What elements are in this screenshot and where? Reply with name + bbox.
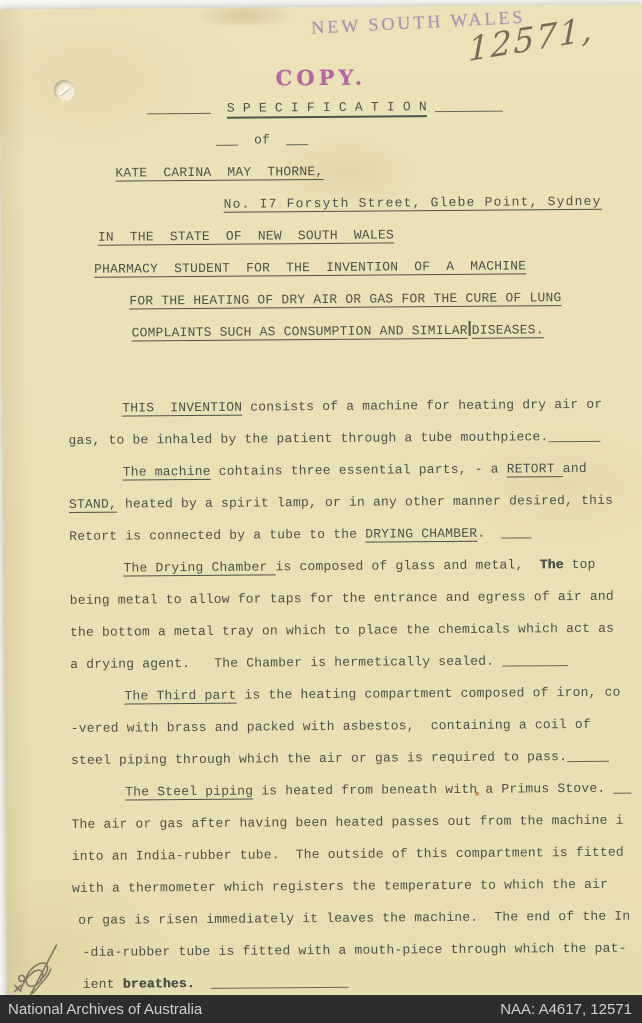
doc-text-segment: DRYING CHAMBER	[365, 526, 477, 542]
doc-line: STAND, heated by a spirit lamp, or in an…	[69, 485, 625, 521]
doc-line: COMPLAINTS SUCH AS CONSUMPTION AND SIMIL…	[132, 314, 624, 350]
doc-line: into an India-rubber tube. The outside o…	[72, 837, 628, 873]
doc-line: a drying agent. The Chamber is hermetica…	[70, 645, 626, 681]
doc-text-segment: The air or gas after having been heated …	[71, 813, 623, 832]
doc-line: The Steel piping is heated from beneath …	[125, 773, 627, 809]
ink-stain-dot	[475, 792, 479, 796]
doc-text-segment: and	[563, 461, 587, 476]
doc-line: gas, to be inhaled by the patient throug…	[68, 421, 624, 457]
doc-text-segment: top	[563, 557, 595, 572]
correction-mark	[469, 321, 471, 336]
doc-text-segment: Retort is connected by a tube to the	[69, 527, 365, 544]
doc-text-segment: KATE CARINA MAY THORNE,	[115, 164, 323, 181]
doc-text-segment: or gas is risen immediately it leaves th…	[78, 909, 630, 928]
scanned-document-view: NEW SOUTH WALES 12571, COPY. S P E C I F…	[0, 0, 642, 1023]
doc-text-segment: The Drying Chamber	[123, 559, 275, 575]
doc-line: being metal to allow for taps for the en…	[70, 581, 626, 617]
doc-line: The Drying Chamber is composed of glass …	[123, 549, 625, 585]
doc-text-segment: -vered with brass and packed with asbest…	[71, 717, 591, 736]
typed-rule-line	[147, 113, 211, 115]
archive-footer-bar: National Archives of Australia NAA: A461…	[0, 995, 642, 1023]
doc-text-segment: FOR THE HEATING OF DRY AIR OR GAS FOR TH…	[129, 290, 561, 308]
doc-text-segment: The Steel piping	[125, 784, 253, 800]
doc-text-segment: steel piping through which the air or ga…	[71, 749, 567, 768]
doc-text-segment: breathes.	[123, 976, 195, 992]
doc-text-segment: .	[477, 526, 501, 541]
doc-line: IN THE STATE OF NEW SOUTH WALES	[98, 218, 623, 254]
doc-line: PHARMACY STUDENT FOR THE INVENTION OF A …	[94, 250, 623, 286]
typed-rule-line	[502, 665, 568, 667]
doc-text-segment: ient	[83, 977, 123, 992]
doc-text-segment: is heated from beneath with a Primus Sto…	[253, 781, 613, 799]
doc-text-segment: with a thermometer which registers the t…	[72, 877, 608, 896]
typed-rule-line	[613, 793, 631, 794]
doc-line: -dia-rubber tube is fitted with a mouth-…	[82, 933, 628, 969]
doc-line: The machine cohtains three essential par…	[123, 453, 625, 489]
doc-text-segment: RETORT	[507, 461, 563, 476]
doc-text-segment: The	[539, 557, 563, 572]
doc-line: the bottom a metal tray on which to plac…	[70, 613, 626, 649]
doc-line: or gas is risen immediately it leaves th…	[78, 901, 628, 937]
copy-stamp: COPY.	[276, 65, 367, 91]
doc-line: steel piping through which the air or ga…	[71, 741, 627, 777]
doc-text-segment: is composed of glass and metal,	[275, 557, 539, 574]
doc-text-segment: STAND,	[69, 497, 117, 512]
doc-text-segment: The machine	[123, 464, 211, 480]
doc-text-segment: heated by a spirit lamp, or in any other…	[117, 493, 613, 512]
doc-text-segment: The Third part	[124, 688, 236, 704]
typed-specification-text: S P E C I F I C A T I O N of KATE CARINA…	[66, 90, 629, 1001]
doc-text-segment: PHARMACY STUDENT FOR THE INVENTION OF A …	[94, 258, 526, 276]
doc-text-segment	[427, 99, 435, 114]
doc-line: with a thermometer which registers the t…	[72, 869, 628, 905]
doc-text-segment: being metal to allow for taps for the en…	[70, 589, 614, 608]
doc-text-segment: the bottom a metal tray on which to plac…	[70, 621, 614, 640]
doc-line: KATE CARINA MAY THORNE,	[115, 154, 622, 190]
typed-rule-line	[549, 441, 601, 442]
doc-line: THIS INVENTION consists of a machine for…	[122, 389, 624, 425]
doc-line: No. I7 Forsyth Street, Glebe Point, Sydn…	[223, 186, 622, 221]
archive-name: National Archives of Australia	[8, 1001, 202, 1018]
doc-text-segment: into an India-rubber tube. The outside o…	[72, 845, 624, 864]
doc-text-segment	[195, 976, 211, 991]
doc-text-segment: of	[238, 132, 286, 147]
doc-line: of	[216, 122, 622, 157]
doc-line: S P E C I F I C A T I O N	[147, 90, 622, 126]
doc-text-segment: THIS INVENTION	[122, 400, 242, 416]
typed-rule-line	[567, 761, 609, 762]
doc-text-segment: No. I7 Forsyth Street, Glebe Point, Sydn…	[224, 194, 602, 212]
typed-rule-line	[216, 145, 238, 146]
typed-rule-line	[211, 987, 349, 989]
doc-text-segment	[211, 101, 227, 116]
doc-text-segment: DISEASES.	[472, 322, 544, 338]
doc-text-segment: gas, to be inhaled by the patient throug…	[68, 429, 548, 448]
doc-line: The Third part is the heating compartmen…	[124, 677, 626, 713]
document-page: NEW SOUTH WALES 12571, COPY. S P E C I F…	[0, 4, 642, 1023]
doc-line: The air or gas after having been heated …	[71, 805, 627, 841]
typed-rule-line	[435, 111, 503, 113]
doc-line: Retort is connected by a tube to the DRY…	[69, 517, 625, 553]
typed-rule-line	[286, 144, 308, 145]
typed-rule-line	[501, 537, 531, 538]
doc-line: FOR THE HEATING OF DRY AIR OR GAS FOR TH…	[129, 282, 623, 318]
doc-text-segment: S P E C I F I C A T I O N	[227, 99, 427, 116]
archive-reference: NAA: A4617, 12571	[500, 1001, 632, 1018]
doc-text-segment: -dia-rubber tube is fitted with a mouth-…	[82, 941, 626, 960]
doc-text-segment: is the heating compartment composed of i…	[236, 685, 620, 703]
doc-text-segment: COMPLAINTS SUCH AS CONSUMPTION AND SIMIL…	[132, 323, 468, 341]
doc-text-segment: consists of a machine for heating dry ai…	[242, 397, 602, 415]
doc-line: -vered with brass and packed with asbest…	[71, 709, 627, 745]
doc-text-segment: a drying agent. The Chamber is hermetica…	[70, 654, 502, 672]
doc-text-segment: IN THE STATE OF NEW SOUTH WALES	[98, 227, 394, 244]
doc-text-segment: cohtains three essential parts, - a	[211, 462, 507, 479]
